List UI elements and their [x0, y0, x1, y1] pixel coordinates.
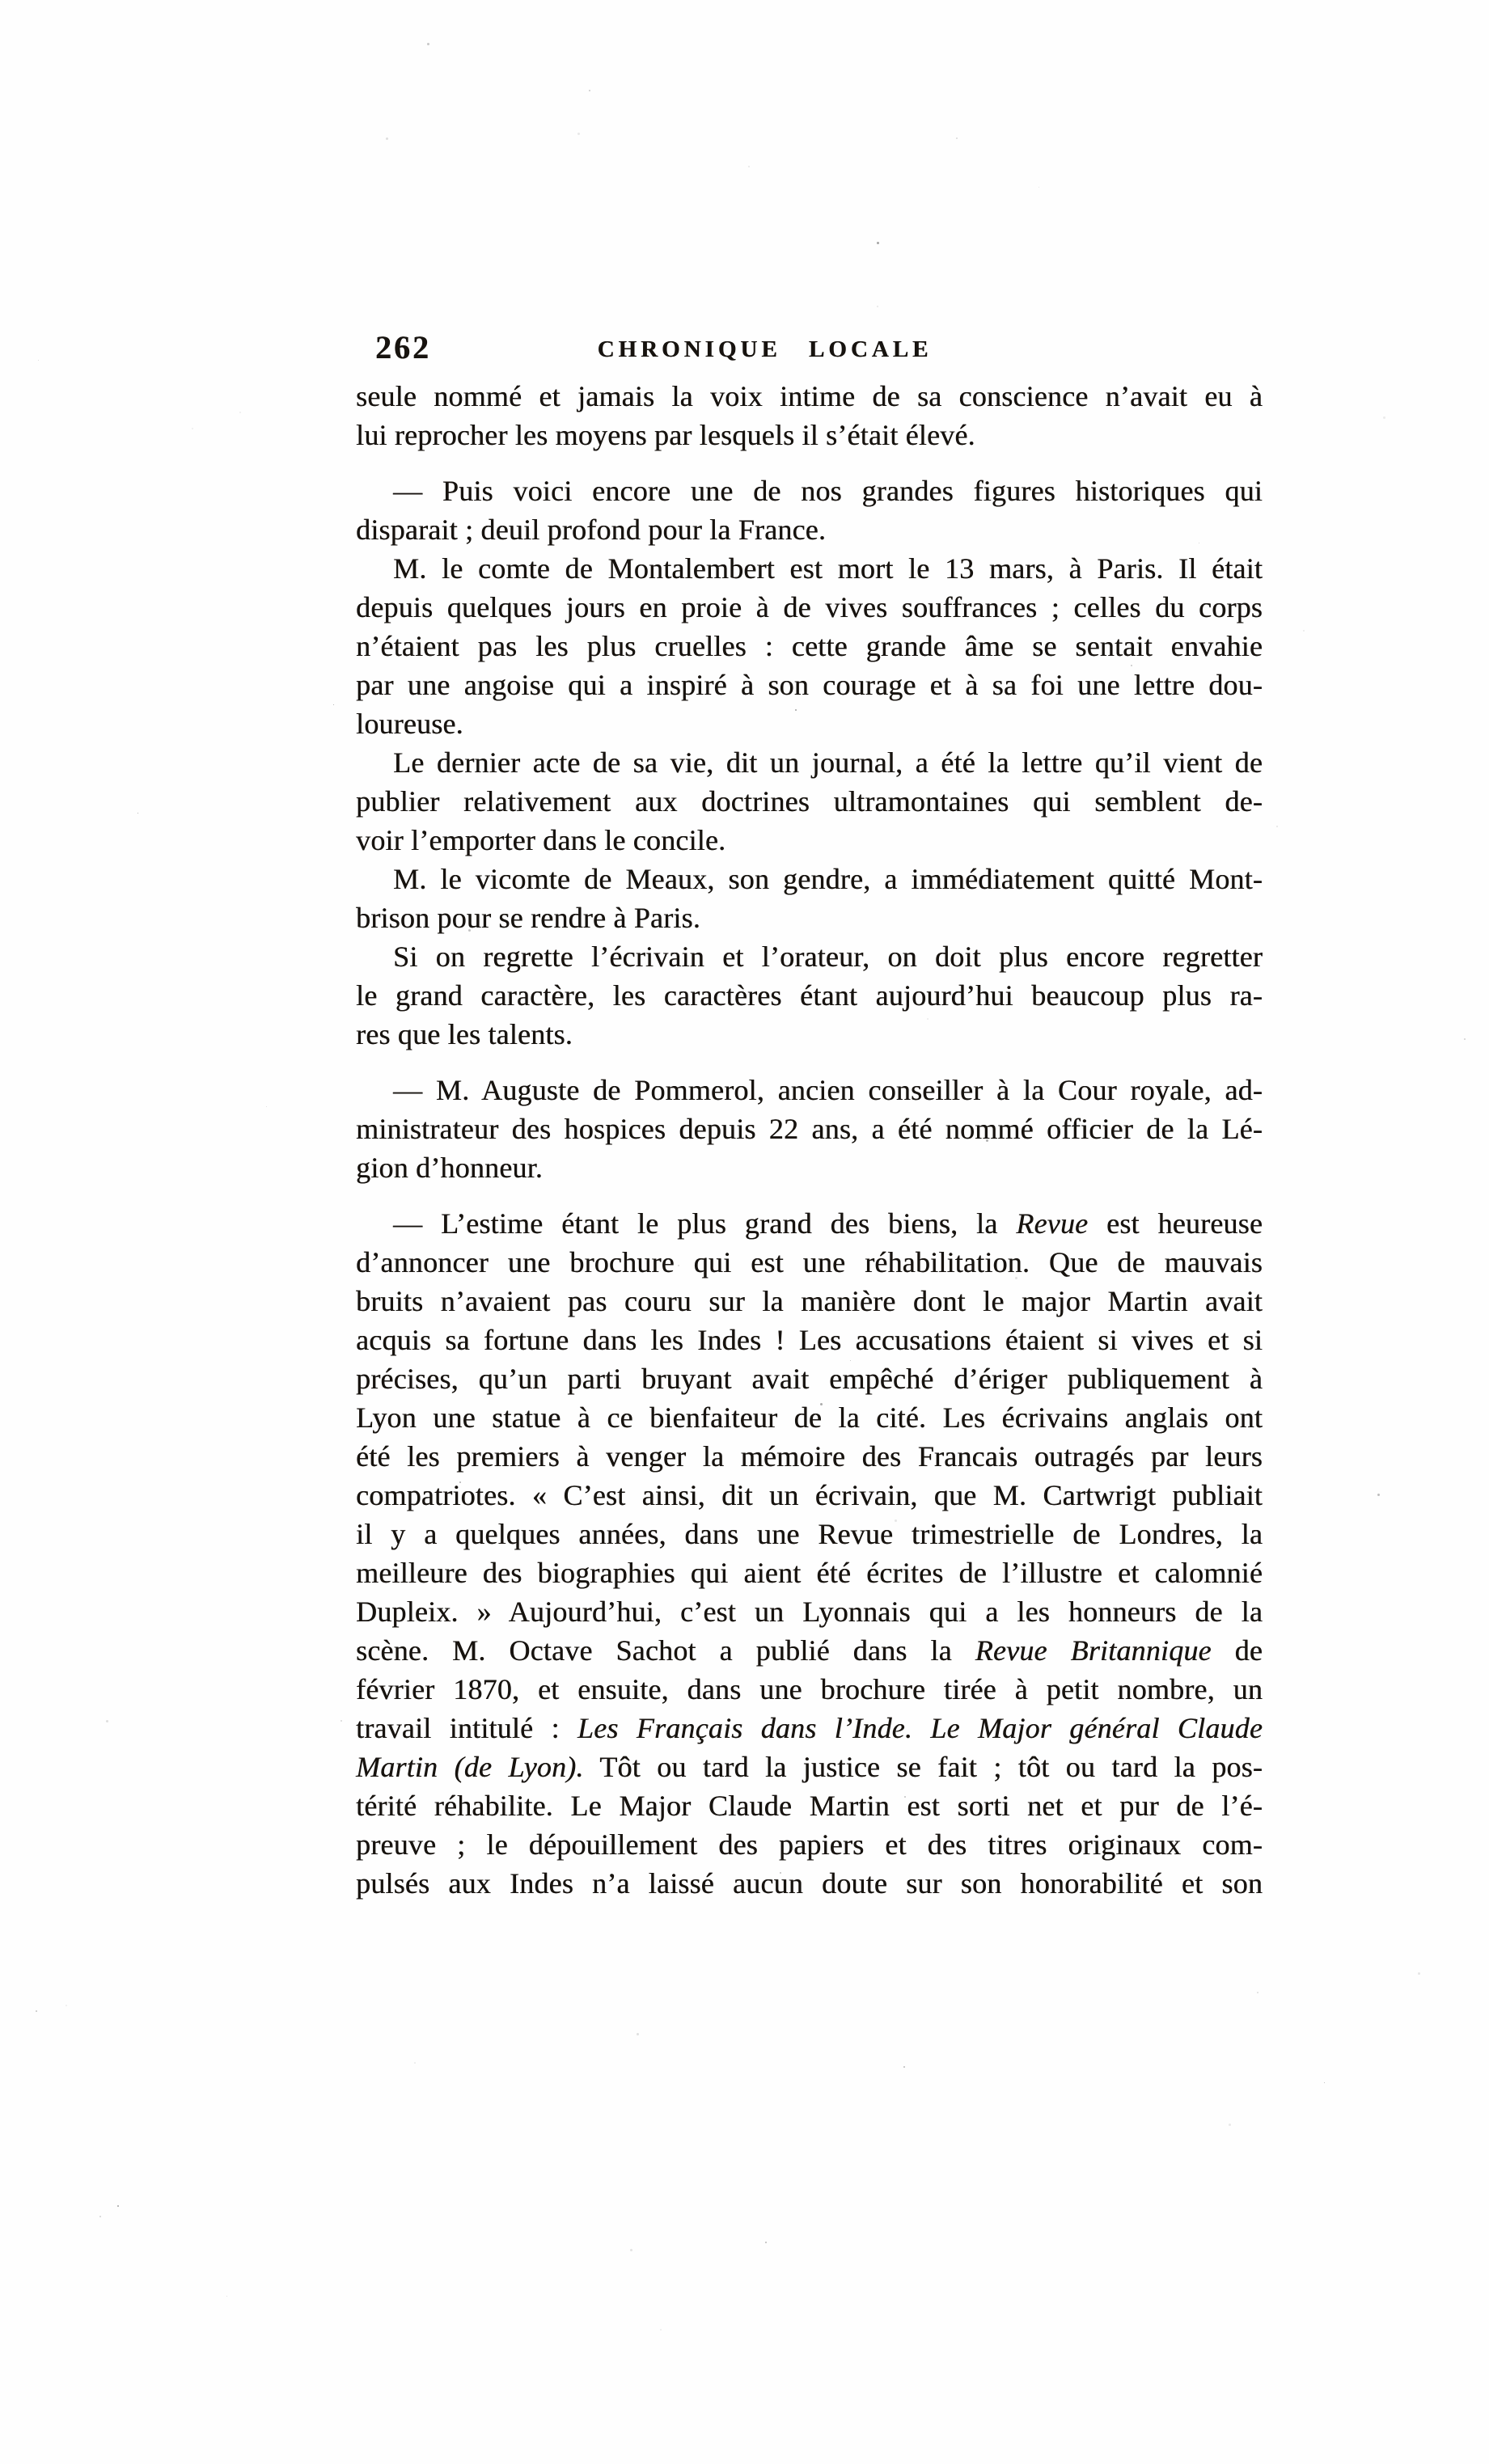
- text-line: compatriotes. « C’est ainsi, dit un écri…: [356, 1476, 1263, 1515]
- scan-speck: [577, 133, 580, 135]
- text-run: publier relativement aux doctrines ultra…: [356, 785, 1263, 818]
- text-run: travail intitulé :: [356, 1712, 577, 1744]
- text-line: gion d’honneur.: [356, 1148, 1263, 1187]
- text-line: pulsés aux Indes n’a laissé aucun doute …: [356, 1864, 1263, 1903]
- text-line: ministrateur des hospices depuis 22 ans,…: [356, 1109, 1263, 1148]
- scan-speck: [38, 360, 39, 361]
- scan-speck: [877, 306, 878, 307]
- text-line: le grand caractère, les caractères étant…: [356, 976, 1263, 1015]
- text-line: — M. Auguste de Pommerol, ancien conseil…: [356, 1071, 1263, 1109]
- scan-speck: [589, 90, 590, 91]
- text-run: par une angoise qui a inspiré à son cour…: [356, 669, 1263, 701]
- text-run: seule nommé et jamais la voix intime de …: [356, 380, 1263, 412]
- scanned-book-page: 262 CHRONIQUE LOCALE seule nommé et jama…: [0, 0, 1489, 2464]
- scan-speck: [1418, 1972, 1420, 1975]
- text-run: voir l’emporter dans le concile.: [356, 824, 725, 856]
- text-line: loureuse.: [356, 704, 1263, 743]
- scan-speck: [106, 1720, 108, 1722]
- text-line: M. le comte de Montalembert est mort le …: [356, 549, 1263, 588]
- text-run: — M. Auguste de Pommerol, ancien conseil…: [393, 1074, 1263, 1106]
- scan-speck: [468, 929, 471, 932]
- scan-speck: [66, 2005, 67, 2006]
- body-text-block: seule nommé et jamais la voix intime de …: [356, 377, 1263, 1903]
- scan-speck: [333, 704, 334, 705]
- text-run: preuve ; le dépouillement des papiers et…: [356, 1828, 1263, 1861]
- running-title: CHRONIQUE LOCALE: [311, 336, 1218, 363]
- scan-speck: [1324, 2082, 1325, 2083]
- scan-speck: [1038, 187, 1039, 188]
- scan-speck: [1276, 826, 1278, 827]
- scan-speck: [266, 1106, 267, 1107]
- text-run: de: [1212, 1634, 1263, 1667]
- scan-speck: [1383, 416, 1385, 419]
- text-line: res que les talents.: [356, 1015, 1263, 1054]
- scan-speck: [615, 574, 616, 576]
- scan-speck: [1131, 665, 1132, 666]
- text-run: Tôt ou tard la justice se fait ; tôt ou …: [584, 1751, 1263, 1783]
- text-line: février 1870, et ensuite, dans une broch…: [356, 1670, 1263, 1709]
- text-run: M. le vicomte de Meaux, son gendre, a im…: [393, 863, 1263, 895]
- italic-run: Martin (de Lyon).: [356, 1751, 584, 1783]
- text-run: été les premiers à venger la mémoire des…: [356, 1440, 1263, 1473]
- text-run: — L’estime étant le plus grand des biens…: [393, 1207, 1016, 1240]
- text-line: publier relativement aux doctrines ultra…: [356, 782, 1263, 821]
- scan-speck: [637, 2033, 639, 2035]
- scan-speck: [1303, 630, 1305, 632]
- scan-speck: [660, 2329, 662, 2331]
- scan-speck: [630, 2249, 632, 2251]
- text-line: preuve ; le dépouillement des papiers et…: [356, 1825, 1263, 1864]
- text-run: M. le comte de Montalembert est mort le …: [393, 552, 1263, 585]
- text-line: par une angoise qui a inspiré à son cour…: [356, 666, 1263, 704]
- italic-run: Revue: [1016, 1207, 1088, 1240]
- text-run: disparait ; deuil profond pour la France…: [356, 514, 826, 546]
- scan-speck: [1130, 1572, 1132, 1574]
- text-line: Martin (de Lyon). Tôt ou tard la justice…: [356, 1748, 1263, 1786]
- text-line: lui reprocher les moyens par lesquels il…: [356, 416, 1263, 454]
- text-run: pulsés aux Indes n’a laissé aucun doute …: [356, 1867, 1263, 1900]
- scan-speck: [1015, 1277, 1017, 1279]
- scan-speck: [459, 1481, 461, 1483]
- scan-speck: [1199, 543, 1199, 543]
- text-run: térité réhabilite. Le Major Claude Marti…: [356, 1790, 1263, 1822]
- text-line: seule nommé et jamais la voix intime de …: [356, 377, 1263, 416]
- scan-speck: [927, 1018, 929, 1020]
- text-run: précises, qu’un parti bruyant avait empê…: [356, 1363, 1263, 1395]
- text-run: février 1870, et ensuite, dans une broch…: [356, 1673, 1263, 1705]
- scan-speck: [117, 2205, 119, 2207]
- text-line: acquis sa fortune dans les Indes ! Les a…: [356, 1321, 1263, 1359]
- scan-speck: [341, 1720, 342, 1722]
- text-line: Si on regrette l’écrivain et l’orateur, …: [356, 937, 1263, 976]
- text-line: Dupleix. » Aujourd’hui, c’est un Lyonnai…: [356, 1592, 1263, 1631]
- text-line: meilleure des biographies qui aient été …: [356, 1553, 1263, 1592]
- text-run: res que les talents.: [356, 1018, 573, 1050]
- scan-speck: [678, 1265, 679, 1266]
- text-run: gion d’honneur.: [356, 1152, 543, 1184]
- text-line: bruits n’avaient pas couru sur la manièr…: [356, 1282, 1263, 1321]
- scan-speck: [137, 813, 138, 814]
- scan-speck: [904, 1796, 906, 1798]
- text-line: depuis quelques jours en proie à de vive…: [356, 588, 1263, 627]
- text-line: Le dernier acte de sa vie, dit un journa…: [356, 743, 1263, 782]
- text-run: le grand caractère, les caractères étant…: [356, 979, 1263, 1012]
- text-run: Lyon une statue à ce bienfaiteur de la c…: [356, 1401, 1263, 1434]
- scan-speck: [414, 2062, 416, 2064]
- text-run: ministrateur des hospices depuis 22 ans,…: [356, 1113, 1263, 1145]
- text-line: précises, qu’un parti bruyant avait empê…: [356, 1359, 1263, 1398]
- text-run: depuis quelques jours en proie à de vive…: [356, 591, 1263, 623]
- text-line: M. le vicomte de Meaux, son gendre, a im…: [356, 860, 1263, 898]
- scan-speck: [850, 1360, 851, 1361]
- text-run: bruits n’avaient pas couru sur la manièr…: [356, 1285, 1263, 1317]
- text-line: d’annoncer une brochure qui est une réha…: [356, 1243, 1263, 1282]
- scan-speck: [765, 2242, 767, 2243]
- text-run: Dupleix. » Aujourd’hui, c’est un Lyonnai…: [356, 1595, 1263, 1628]
- scan-speck: [386, 137, 388, 140]
- text-line: scène. M. Octave Sachot a publié dans la…: [356, 1631, 1263, 1670]
- scan-speck: [988, 887, 990, 889]
- scan-speck: [36, 2010, 37, 2012]
- italic-run: Les Français dans l’Inde. Le Major génér…: [577, 1712, 1263, 1744]
- scan-speck: [427, 43, 429, 45]
- italic-run: Revue Britannique: [975, 1634, 1212, 1667]
- page-header: 262 CHRONIQUE LOCALE: [356, 330, 1263, 372]
- text-run: Si on regrette l’écrivain et l’orateur, …: [393, 940, 1263, 973]
- text-line: été les premiers à venger la mémoire des…: [356, 1437, 1263, 1476]
- scan-speck: [1020, 1767, 1022, 1769]
- text-line: — L’estime étant le plus grand des biens…: [356, 1204, 1263, 1243]
- scan-speck: [956, 137, 958, 139]
- scan-speck: [1257, 1992, 1258, 1993]
- text-line: voir l’emporter dans le concile.: [356, 821, 1263, 860]
- text-line: disparait ; deuil profond pour la France…: [356, 510, 1263, 549]
- text-line: n’étaient pas les plus cruelles : cette …: [356, 627, 1263, 666]
- text-line: Lyon une statue à ce bienfaiteur de la c…: [356, 1398, 1263, 1437]
- scan-speck: [795, 709, 797, 711]
- text-run: scène. M. Octave Sachot a publié dans la: [356, 1634, 975, 1667]
- scan-speck: [1464, 1038, 1466, 1040]
- text-run: Le dernier acte de sa vie, dit un journa…: [393, 746, 1263, 779]
- text-run: est heureuse: [1088, 1207, 1263, 1240]
- scan-speck: [895, 1519, 897, 1522]
- text-line: — Puis voici encore une de nos grandes f…: [356, 471, 1263, 510]
- scan-speck: [820, 1403, 823, 1405]
- text-line: travail intitulé : Les Français dans l’I…: [356, 1709, 1263, 1748]
- text-run: loureuse.: [356, 708, 463, 740]
- text-run: — Puis voici encore une de nos grandes f…: [393, 475, 1263, 507]
- text-run: acquis sa fortune dans les Indes ! Les a…: [356, 1324, 1263, 1356]
- scan-speck: [192, 428, 193, 429]
- text-run: il y a quelques années, dans une Revue t…: [356, 1518, 1263, 1550]
- text-run: meilleure des biographies qui aient été …: [356, 1557, 1263, 1589]
- scan-speck: [986, 1139, 988, 1142]
- scan-speck: [903, 2066, 905, 2068]
- text-run: brison pour se rendre à Paris.: [356, 902, 700, 934]
- scan-speck: [1229, 2124, 1231, 2126]
- text-run: n’étaient pas les plus cruelles : cette …: [356, 630, 1263, 662]
- scan-speck: [1377, 1494, 1380, 1496]
- scan-speck: [877, 242, 879, 244]
- scan-speck: [748, 166, 750, 167]
- scan-speck: [99, 2216, 101, 2217]
- text-run: lui reprocher les moyens par lesquels il…: [356, 419, 975, 451]
- scan-speck: [780, 1872, 781, 1874]
- text-line: il y a quelques années, dans une Revue t…: [356, 1515, 1263, 1553]
- text-run: d’annoncer une brochure qui est une réha…: [356, 1246, 1263, 1278]
- scan-speck: [239, 412, 241, 413]
- text-line: térité réhabilite. Le Major Claude Marti…: [356, 1786, 1263, 1825]
- scan-speck: [226, 2296, 227, 2297]
- text-run: compatriotes. « C’est ainsi, dit un écri…: [356, 1479, 1263, 1511]
- text-line: brison pour se rendre à Paris.: [356, 898, 1263, 937]
